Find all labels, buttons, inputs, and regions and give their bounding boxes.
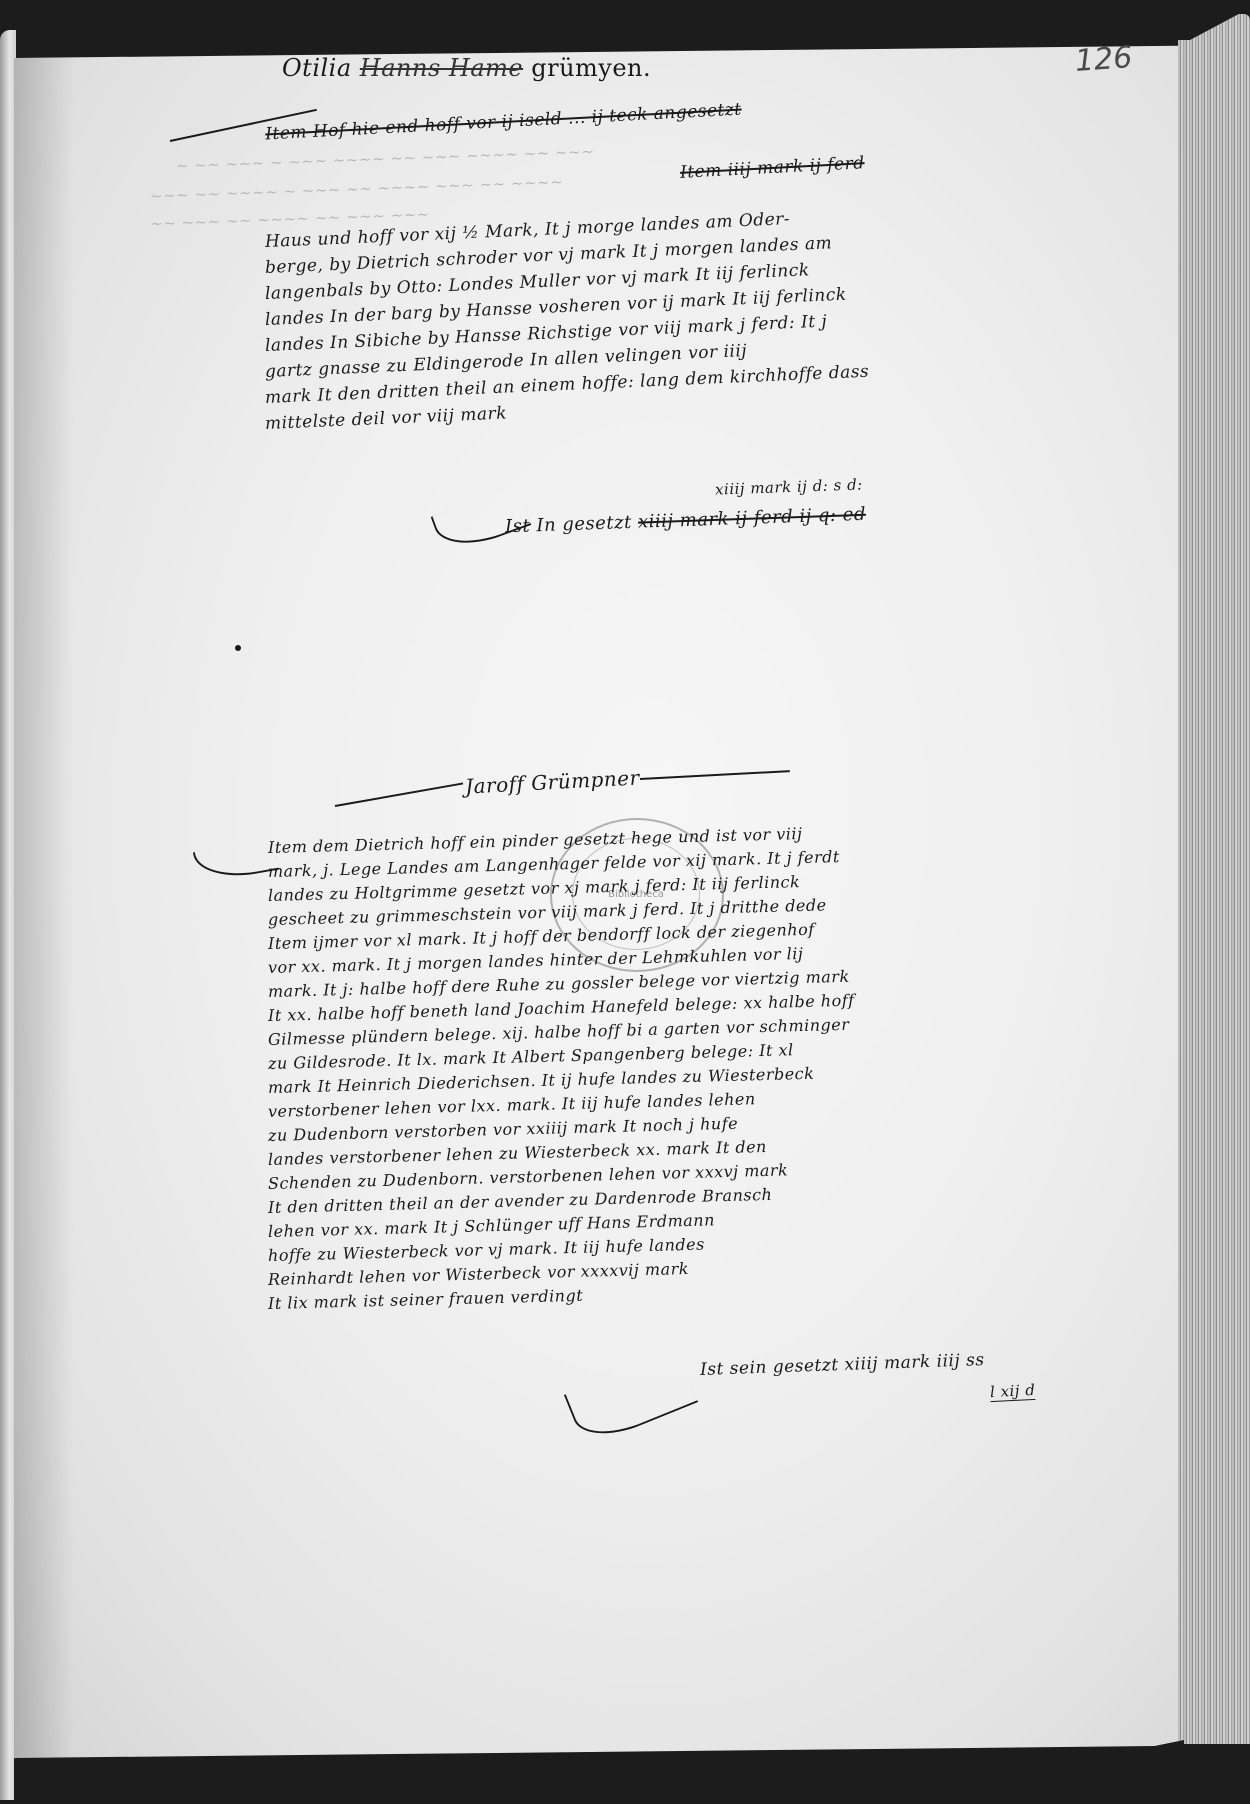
heading-struck-name: Hanns Hame (360, 54, 523, 82)
folio-number: 126 (1074, 40, 1134, 79)
entry-2-summary-subline: l xij d (990, 1381, 1036, 1402)
heading-prefix: Otilia (282, 54, 352, 82)
summary-prefix: Ist In gesetzt (505, 512, 632, 537)
heading-name: grümyen. (531, 54, 651, 82)
ink-dot (235, 645, 241, 651)
entry-heading: Otilia Hanns Hame grümyen. (282, 54, 651, 82)
gutter-shadow (14, 58, 74, 1758)
page-stack-edge (1178, 14, 1250, 1744)
